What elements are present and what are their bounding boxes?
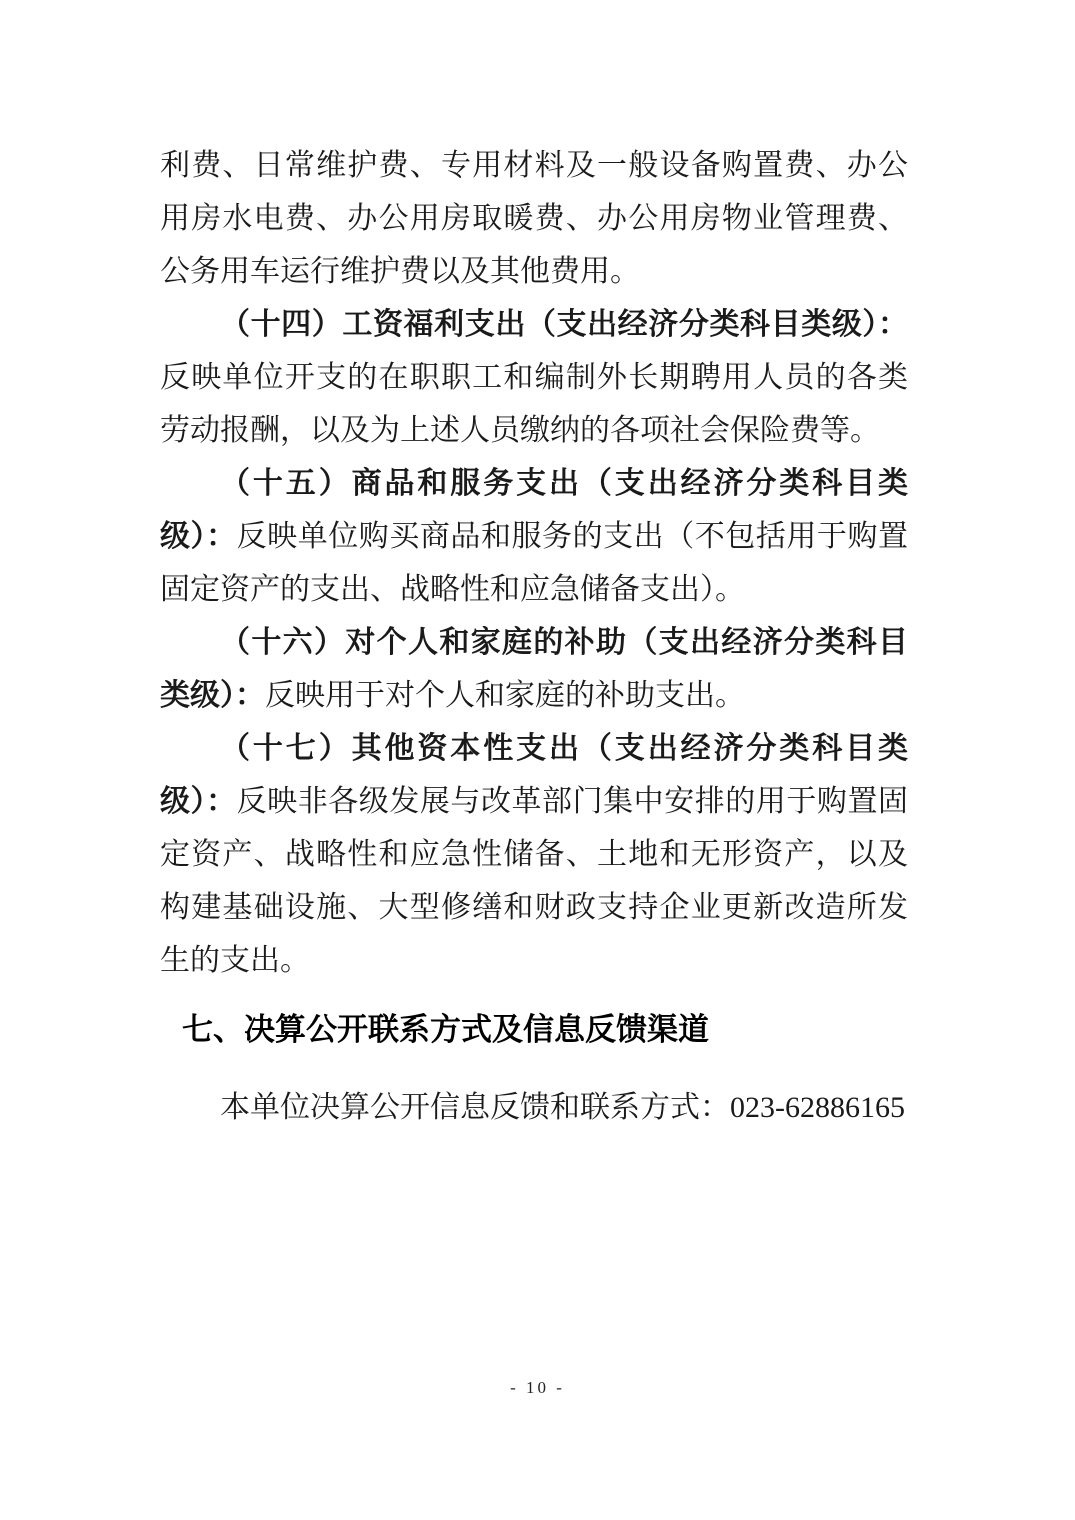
paragraph-text: 利费、日常维护费、专用材料及一般设备购置费、办公用房水电费、办公用房取暖费、办公… [160, 149, 908, 288]
paragraph-text: 反映用于对个人和家庭的补助支出。 [265, 679, 745, 712]
paragraph-item-15: （十五）商品和服务支出（支出经济分类科目类级）：反映单位购买商品和服务的支出（不… [160, 457, 908, 616]
document-body: 利费、日常维护费、专用材料及一般设备购置费、办公用房水电费、办公用房取暖费、办公… [160, 139, 908, 1134]
paragraph-continuation: 利费、日常维护费、专用材料及一般设备购置费、办公用房水电费、办公用房取暖费、办公… [160, 139, 908, 298]
section-heading: 七、决算公开联系方式及信息反馈渠道 [182, 1003, 908, 1056]
paragraph-text: 反映非各级发展与改革部门集中安排的用于购置固定资产、战略性和应急性储备、土地和无… [160, 785, 908, 977]
contact-line: 本单位决算公开信息反馈和联系方式：023-62886165 [160, 1081, 908, 1134]
document-page: 利费、日常维护费、专用材料及一般设备购置费、办公用房水电费、办公用房取暖费、办公… [0, 0, 1075, 1520]
paragraph-lead: （十四）工资福利支出（支出经济分类科目类级）： [220, 308, 908, 341]
paragraph-item-17: （十七）其他资本性支出（支出经济分类科目类级）：反映非各级发展与改革部门集中安排… [160, 722, 908, 987]
paragraph-text: 反映单位购买商品和服务的支出（不包括用于购置固定资产的支出、战略性和应急储备支出… [160, 520, 908, 606]
page-number: - 10 - [0, 1378, 1075, 1398]
paragraph-item-16: （十六）对个人和家庭的补助（支出经济分类科目类级）：反映用于对个人和家庭的补助支… [160, 616, 908, 722]
paragraph-text: 反映单位开支的在职职工和编制外长期聘用人员的各类劳动报酬，以及为上述人员缴纳的各… [160, 361, 908, 447]
paragraph-item-14: （十四）工资福利支出（支出经济分类科目类级）：反映单位开支的在职职工和编制外长期… [160, 298, 908, 457]
